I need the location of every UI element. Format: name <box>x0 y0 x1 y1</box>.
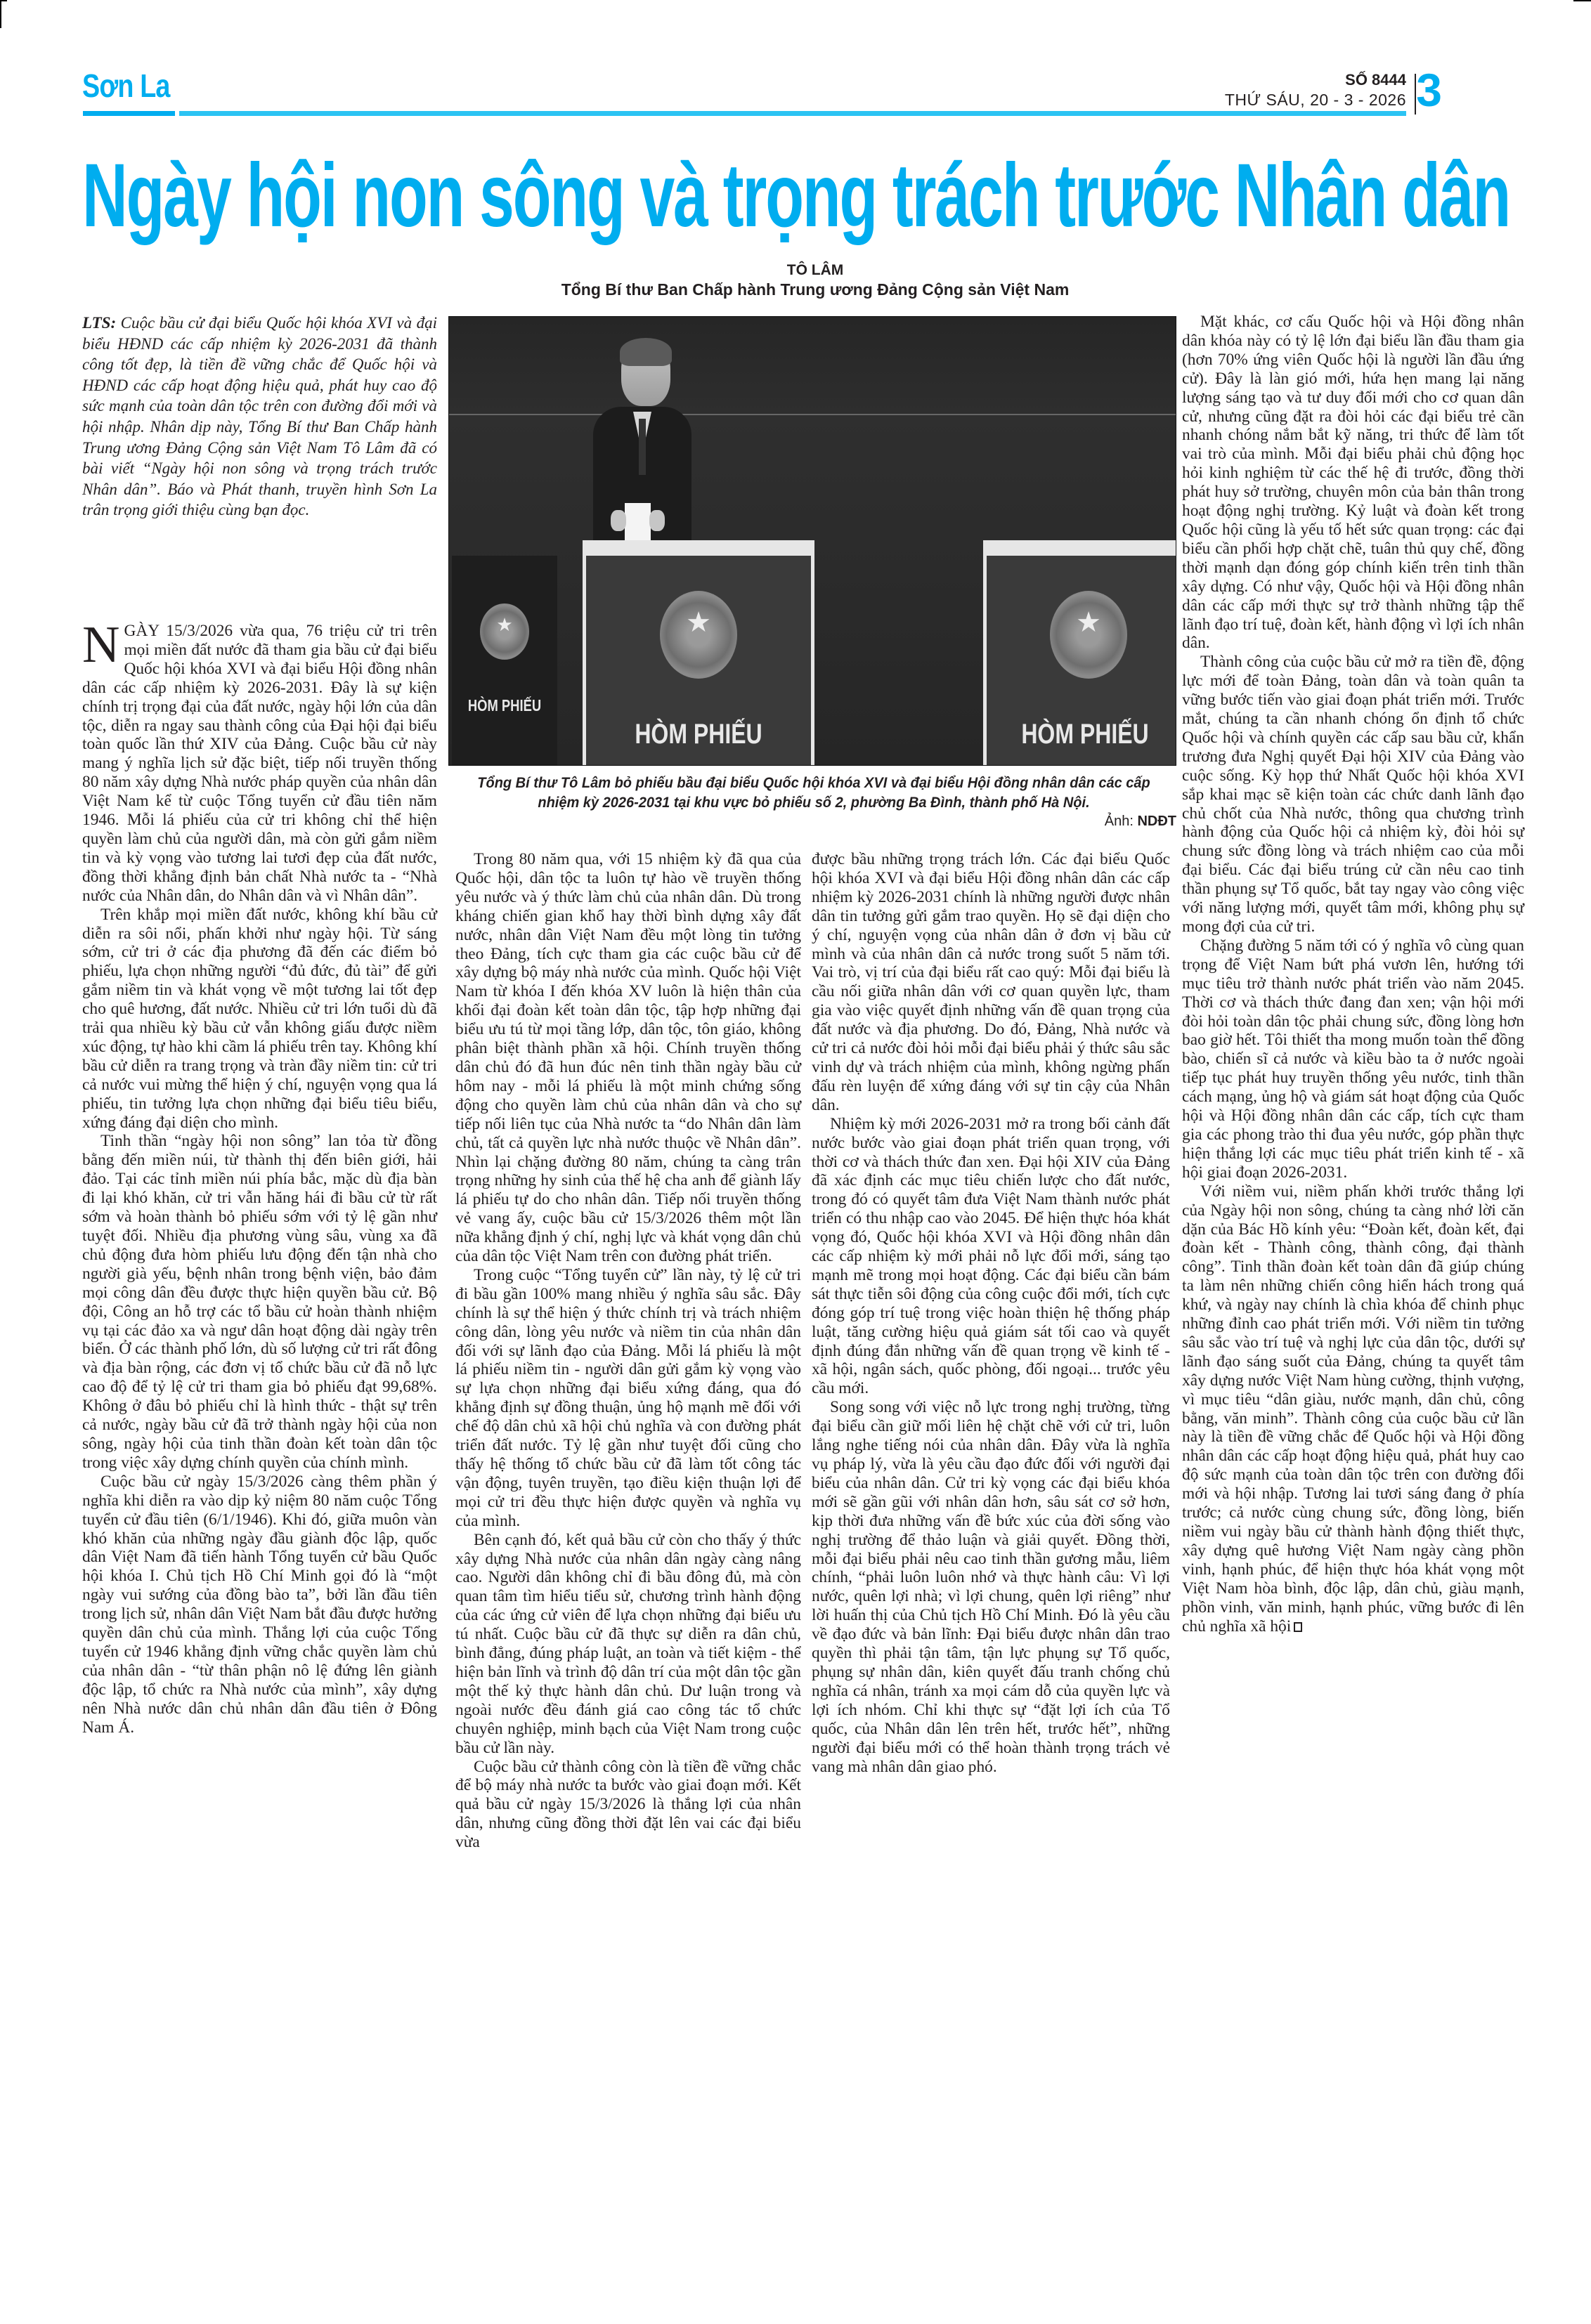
ballot-box-main: ★ HÒM PHIẾU <box>583 540 814 766</box>
paragraph: Song song với việc nỗ lực trong nghị trư… <box>812 1398 1170 1776</box>
body-column-4: Mặt khác, cơ cấu Quốc hội và Hội đồng nh… <box>1182 313 1524 1636</box>
national-emblem-icon: ★ <box>480 603 529 660</box>
paragraph: NGÀY 15/3/2026 vừa qua, 76 triệu cử tri … <box>82 622 437 906</box>
paragraph: Mặt khác, cơ cấu Quốc hội và Hội đồng nh… <box>1182 313 1524 653</box>
paragraph: được bầu những trọng trách lớn. Các đại … <box>812 850 1170 1115</box>
paragraph: Chặng đường 5 năm tới có ý nghĩa vô cùng… <box>1182 936 1524 1182</box>
photo-backdrop-top <box>449 317 1176 415</box>
paragraph: Cuộc bầu cử thành công còn là tiền đề vữ… <box>455 1758 801 1853</box>
author-title: Tổng Bí thư Ban Chấp hành Trung ương Đản… <box>450 280 1181 300</box>
section-name: Sơn La <box>82 67 170 105</box>
end-mark-icon <box>1294 1622 1302 1632</box>
paragraph: Thành công của cuộc bầu cử mở ra tiền đề… <box>1182 653 1524 936</box>
page-number: 3 <box>1416 67 1442 113</box>
photo-credit: Ảnh: NDĐT <box>1105 814 1176 830</box>
photo-caption: Tổng Bí thư Tô Lâm bỏ phiếu bầu đại biểu… <box>475 773 1152 813</box>
masthead-rule <box>179 111 1406 116</box>
byline: TÔ LÂM Tổng Bí thư Ban Chấp hành Trung ư… <box>450 261 1181 300</box>
paragraph: Cuộc bầu cử ngày 15/3/2026 càng thêm phầ… <box>82 1473 437 1737</box>
crop-mark-top-left-vertical <box>0 0 1 28</box>
person-hair <box>620 338 672 366</box>
paragraph: Bên cạnh đó, kết quả bầu cử còn cho thấy… <box>455 1531 801 1758</box>
body-column-3: được bầu những trọng trách lớn. Các đại … <box>812 850 1170 1776</box>
paragraph: Nhiệm kỳ mới 2026-2031 mở ra trong bối c… <box>812 1115 1170 1399</box>
author-name: TÔ LÂM <box>450 261 1181 280</box>
ballot-box-label: HÒM PHIẾU <box>609 719 788 750</box>
body-column-1: NGÀY 15/3/2026 vừa qua, 76 triệu cử tri … <box>82 622 437 1737</box>
issue-number: SỐ 8444 <box>1225 72 1406 88</box>
masthead-rule-left <box>83 111 175 116</box>
issue-info: SỐ 8444 THỨ SÁU, 20 - 3 - 2026 <box>1225 72 1406 108</box>
star-icon: ★ <box>1050 608 1127 637</box>
national-emblem-icon: ★ <box>1050 591 1127 679</box>
crop-mark-top-left-horizontal <box>0 0 7 1</box>
person-tie <box>639 419 646 475</box>
ballot-box-right: ★ HÒM PHIẾU <box>983 540 1176 766</box>
paragraph: Trong cuộc “Tổng tuyển cử” lần này, tỷ l… <box>455 1266 801 1531</box>
body-column-2: Trong 80 năm qua, với 15 nhiệm kỳ đã qua… <box>455 850 801 1852</box>
editors-note-label: LTS: <box>82 314 116 332</box>
ballot-box-label: HÒM PHIẾU <box>462 696 547 715</box>
editors-note: LTS: Cuộc bầu cử đại biểu Quốc hội khóa … <box>82 313 437 521</box>
editors-note-text: Cuộc bầu cử đại biểu Quốc hội khóa XVI v… <box>82 314 437 518</box>
photo-credit-source: NDĐT <box>1137 814 1176 829</box>
issue-date: THỨ SÁU, 20 - 3 - 2026 <box>1225 92 1406 108</box>
star-icon: ★ <box>480 616 529 634</box>
hand-left <box>611 510 626 531</box>
national-emblem-icon: ★ <box>660 591 737 679</box>
masthead: Sơn La SỐ 8444 THỨ SÁU, 20 - 3 - 2026 3 <box>82 67 1523 123</box>
drop-cap: N <box>82 625 119 665</box>
paragraph: Trên khắp mọi miền đất nước, không khí b… <box>82 906 437 1132</box>
article-photo: ★ HÒM PHIẾU ★ HÒM PHIẾU ★ HÒM PHIẾU <box>448 316 1176 766</box>
paragraph: Trong 80 năm qua, với 15 nhiệm kỳ đã qua… <box>455 850 801 1266</box>
photo-credit-label: Ảnh: <box>1105 814 1138 829</box>
ballot-box-left: ★ HÒM PHIẾU <box>452 556 557 766</box>
paragraph-text: GÀY 15/3/2026 vừa qua, 76 triệu cử tri t… <box>82 622 437 905</box>
ballot-box-label: HÒM PHIẾU <box>1006 719 1164 750</box>
paragraph: Với niềm vui, niềm phấn khởi trước thắng… <box>1182 1182 1524 1636</box>
crop-mark-top-right <box>1573 0 1591 1</box>
star-icon: ★ <box>660 608 737 637</box>
paragraph-text: Với niềm vui, niềm phấn khởi trước thắng… <box>1182 1182 1524 1636</box>
paragraph: Tinh thần “ngày hội non sông” lan tỏa từ… <box>82 1132 437 1472</box>
hand-right <box>649 510 665 531</box>
headline: Ngày hội non sông và trọng trách trước N… <box>82 144 1091 247</box>
